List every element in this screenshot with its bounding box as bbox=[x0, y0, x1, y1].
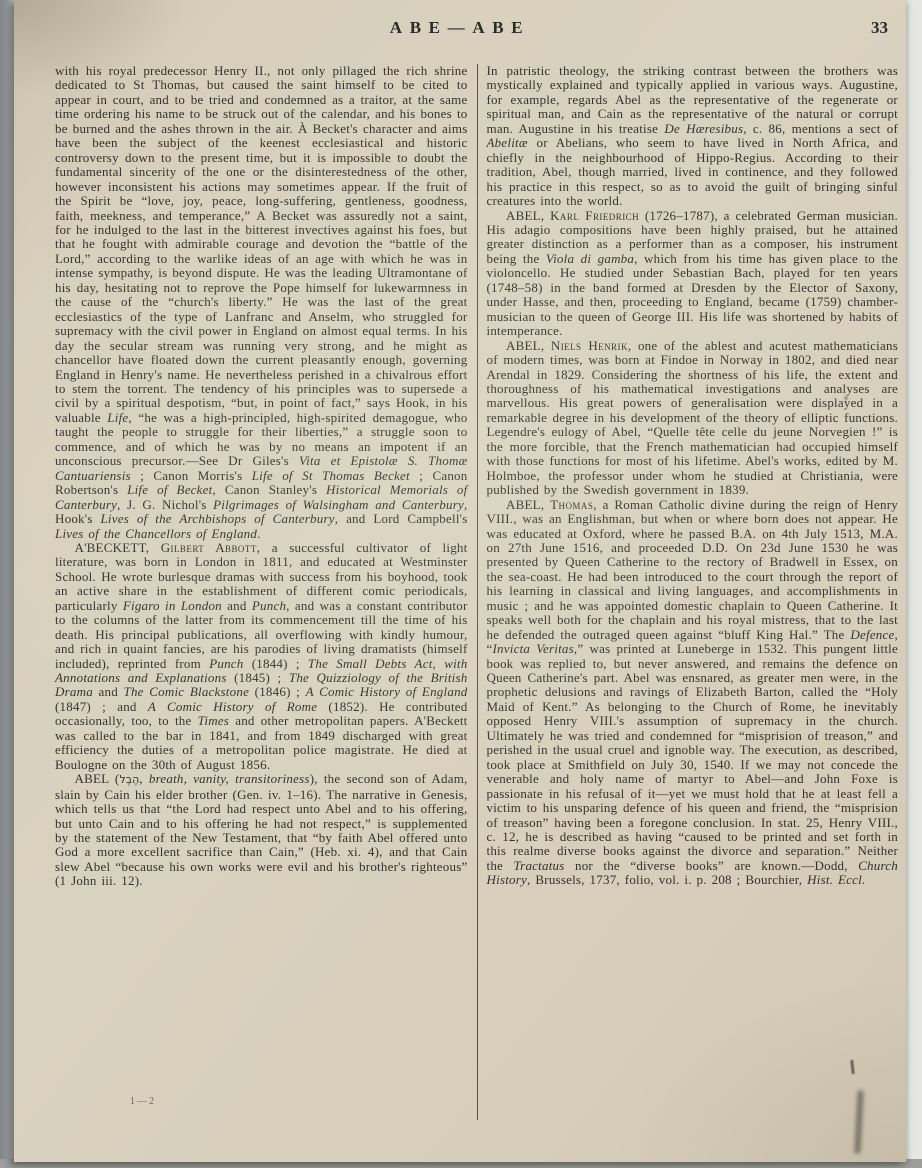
column-left: with his royal predecessor Henry II., no… bbox=[55, 64, 477, 1120]
italic-title-run: Defence bbox=[850, 627, 894, 642]
italic-title-run: The Comic Blackstone bbox=[124, 684, 250, 699]
paragraph: ABEL, Niels Henrik, one of the ablest an… bbox=[487, 339, 899, 498]
italic-title-run: Viola di gamba bbox=[546, 251, 634, 266]
scan-backdrop-right-edge bbox=[905, 0, 922, 1168]
text-run: , Canon Stanley's bbox=[212, 482, 325, 497]
running-head: ABE—ABE 33 bbox=[14, 0, 906, 58]
text-run: with his royal predecessor Henry II., no… bbox=[55, 63, 468, 425]
scanned-book-page: ABE—ABE 33 with his royal predecessor He… bbox=[0, 0, 922, 1168]
paragraph: ABEL (הֶבֶל, breath, vanity, transitorin… bbox=[55, 772, 468, 889]
text-run: , and Lord Campbell's bbox=[335, 511, 468, 526]
text-run: . bbox=[257, 526, 260, 541]
text-run: , c. 86, mentions a sect of bbox=[743, 121, 898, 136]
text-run: , bbox=[139, 771, 149, 786]
scan-backdrop-left-edge bbox=[0, 0, 15, 1168]
page-number: 33 bbox=[871, 18, 888, 38]
text-run: ), the second son of Adam, slain by Cain… bbox=[55, 771, 468, 888]
italic-title-run: De Hæresibus bbox=[664, 121, 743, 136]
text-run: (1847) ; and bbox=[55, 699, 148, 714]
italic-title-run: Tractatus bbox=[513, 858, 564, 873]
smallcaps-name-run: Niels Henrik bbox=[551, 338, 628, 353]
text-run: ABEL ( bbox=[75, 771, 120, 786]
column-right: In patristic theology, the striking cont… bbox=[477, 64, 899, 1120]
hebrew-word-run: הֶבֶל bbox=[119, 773, 139, 786]
text-run: , one of the ablest and acutest mathemat… bbox=[487, 338, 899, 498]
text-run: ABEL, bbox=[506, 208, 550, 223]
italic-title-run: Life of Becket bbox=[127, 482, 212, 497]
text-run: , J. G. Nichol's bbox=[117, 497, 213, 512]
signature-mark: 1—2 bbox=[130, 1096, 156, 1107]
italic-title-run: Life bbox=[107, 410, 128, 425]
text-run: nor the “diverse books” are known.—Dodd, bbox=[565, 858, 859, 873]
paragraph: ABEL, Karl Friedrich (1726–1787), a cele… bbox=[487, 209, 899, 339]
italic-title-run: Times bbox=[198, 713, 229, 728]
paragraph: In patristic theology, the striking cont… bbox=[487, 64, 899, 209]
text-run: ,” was printed at Luneberge in 1532. Thi… bbox=[487, 641, 899, 873]
smallcaps-name-run: Karl Friedrich bbox=[550, 208, 639, 223]
text-run: , a Roman Catholic divine during the rei… bbox=[487, 497, 899, 642]
text-run: or Abelians, who seem to have lived in N… bbox=[487, 135, 899, 208]
italic-title-run: Pilgrimages of Walsingham and Canterbury bbox=[213, 497, 464, 512]
italic-title-run: Figaro in London bbox=[123, 598, 222, 613]
italic-title-run: Invicta Veritas bbox=[493, 641, 574, 656]
italic-title-run: A Comic History of England bbox=[306, 684, 468, 699]
text-columns: with his royal predecessor Henry II., no… bbox=[14, 58, 906, 1120]
italic-title-run: Punch bbox=[252, 598, 286, 613]
italic-title-run: Lives of the Archbishops of Canterbury bbox=[100, 511, 334, 526]
smallcaps-name-run: Thomas bbox=[550, 497, 593, 512]
text-run: A'BECKETT, bbox=[75, 540, 161, 555]
italic-title-run: Abelitæ bbox=[487, 135, 528, 150]
text-run: (1846) ; bbox=[249, 684, 306, 699]
paper: ABE—ABE 33 with his royal predecessor He… bbox=[14, 0, 906, 1162]
italic-title-run: breath, vanity, transitoriness bbox=[149, 771, 310, 786]
text-run: ; Canon Morris's bbox=[131, 468, 252, 483]
italic-title-run: Hist. Eccl. bbox=[807, 872, 865, 887]
italic-title-run: Punch bbox=[209, 656, 243, 671]
paragraph: with his royal predecessor Henry II., no… bbox=[55, 64, 468, 541]
italic-title-run: A Comic History of Rome bbox=[148, 699, 317, 714]
paragraph: A'BECKETT, Gilbert Abbott, a successful … bbox=[55, 541, 468, 772]
paragraph: ABEL, Thomas, a Roman Catholic divine du… bbox=[487, 498, 899, 888]
text-run: and bbox=[93, 684, 124, 699]
italic-title-run: Lives of the Chancellors of England bbox=[55, 526, 257, 541]
text-run: (1845) ; bbox=[227, 670, 289, 685]
text-run: ABEL, bbox=[506, 497, 550, 512]
text-run: (1844) ; bbox=[244, 656, 308, 671]
smallcaps-name-run: Gilbert Abbott bbox=[161, 540, 257, 555]
text-run: ABEL, bbox=[506, 338, 551, 353]
text-run: and bbox=[222, 598, 252, 613]
italic-title-run: Life of St Thomas Becket bbox=[252, 468, 410, 483]
page-header-title: ABE—ABE bbox=[14, 18, 906, 38]
text-run: , Brussels, 1737, folio, vol. i. p. 208 … bbox=[527, 872, 807, 887]
